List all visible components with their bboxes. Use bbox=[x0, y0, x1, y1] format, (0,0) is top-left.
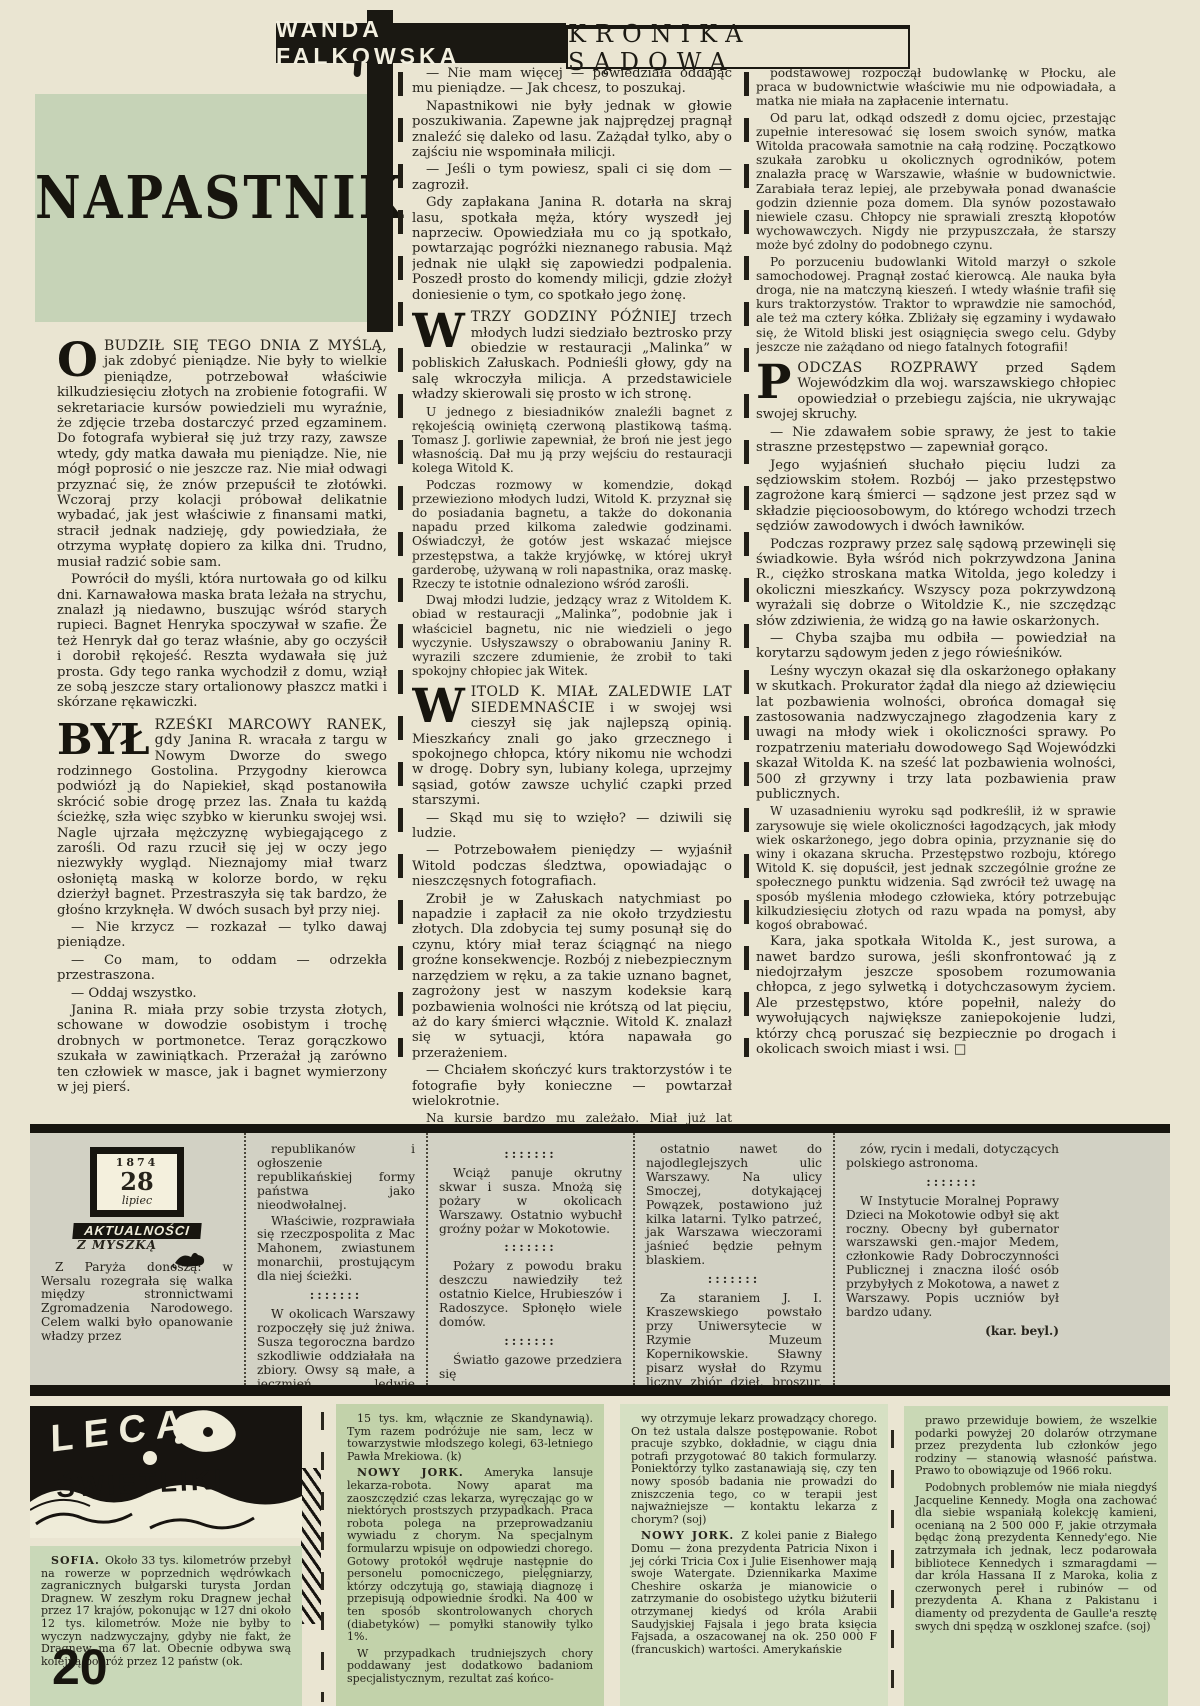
paragraph: U jednego z biesiadników znaleźli bagnet… bbox=[412, 405, 732, 476]
calendar-day: 28 bbox=[101, 1170, 173, 1194]
paragraph: OBUDZIŁ SIĘ TEGO DNIA Z MYŚLĄ, jak zdoby… bbox=[57, 339, 387, 570]
drop-cap: W bbox=[412, 685, 471, 726]
paragraph: Gdy zapłakana Janina R. dotarła na skraj… bbox=[412, 195, 732, 303]
retro-column-2: republikanów i ogłoszenie republikańskie… bbox=[244, 1133, 426, 1385]
logo-hatch-decoration bbox=[301, 1468, 321, 1624]
mouse-icon bbox=[171, 1247, 207, 1269]
paragraph: Kara, jaka spotkała Witolda K., jest sur… bbox=[756, 934, 1116, 1057]
drop-cap: O bbox=[57, 339, 104, 380]
paragraph: Po porzuceniu budowlanki Witold marzył o… bbox=[756, 255, 1116, 354]
page-number: 20 bbox=[52, 1642, 108, 1692]
paragraph: — Co mam, to oddam — odrzekła przestrasz… bbox=[57, 953, 387, 984]
article-column-2: — Nie mam więcej — powiedziała oddając m… bbox=[412, 66, 732, 1124]
dots-separator: ::::::: bbox=[846, 1176, 1059, 1190]
paragraph: Światło gazowe przedziera się bbox=[439, 1354, 622, 1382]
paragraph: — Chyba szajba mu odbiła — powiedział na… bbox=[756, 631, 1116, 662]
aktualnosci-logo: AKTUALNOŚCI Z MYSZKĄ bbox=[73, 1223, 201, 1253]
paragraph: Napastnikowi nie były jednak w głowie po… bbox=[412, 99, 732, 161]
lead-caps: ODCZAS ROZPRAWY bbox=[797, 360, 1005, 376]
paragraph: PODCZAS ROZPRAWY przed Sądem Wojewódzkim… bbox=[756, 361, 1116, 423]
column-rule bbox=[744, 72, 749, 1057]
paragraph: — Potrzebowałem pieniędzy — wyjaśnił Wit… bbox=[412, 843, 732, 889]
dots-separator: ::::::: bbox=[646, 1273, 822, 1287]
dateline: NOWY JORK. bbox=[641, 1529, 741, 1542]
paragraph: — Jeśli o tym powiesz, spali ci się dom … bbox=[412, 162, 732, 193]
paragraph: Pożary z powodu braku deszczu nawiedziły… bbox=[439, 1260, 622, 1330]
lead-caps: TRZY GODZINY PÓŹNIEJ bbox=[471, 309, 690, 325]
paragraph: BYŁRZEŚKI MARCOWY RANEK, gdy Janina R. w… bbox=[57, 718, 387, 918]
retro-column-text: Z Paryża donoszą: w Wersalu rozegrała si… bbox=[41, 1261, 233, 1344]
paragraph: Na kursie bardzo mu zależało. Miał już l… bbox=[412, 1111, 732, 1124]
paragraph: W uzasadnieniu wyroku sąd podkreślił, iż… bbox=[756, 804, 1116, 932]
paragraph: Od paru lat, odkąd odszedł z domu ojciec… bbox=[756, 111, 1116, 253]
calendar-graphic: 1874 28 lipiec bbox=[90, 1147, 184, 1217]
paragraph: prawo przewiduje bowiem, że wszelkie pod… bbox=[915, 1415, 1157, 1478]
paragraph: Z Paryża donoszą: w Wersalu rozegrała si… bbox=[41, 1261, 233, 1344]
author-name: WANDA FALKOWSKA bbox=[276, 16, 566, 70]
column-rule bbox=[398, 72, 403, 1057]
article-column-1: OBUDZIŁ SIĘ TEGO DNIA Z MYŚLĄ, jak zdoby… bbox=[57, 332, 387, 1124]
lead-caps: ITOLD K. MIAŁ ZALEDWIE LAT SIEDEMNAŚCIE bbox=[471, 684, 732, 715]
article-headline: NAPASTNIK bbox=[35, 94, 367, 232]
paragraph: NOWY JORK. Z kolei panie z Białego Domu … bbox=[631, 1530, 877, 1656]
newspaper-page: WANDA FALKOWSKA KRONIKA SĄDOWA NAPASTNIK… bbox=[0, 0, 1200, 1706]
lead-caps: BUDZIŁ SIĘ TEGO DNIA Z MYŚLĄ, bbox=[104, 338, 387, 354]
lead-caps: RZEŚKI MARCOWY RANEK, gdy bbox=[155, 717, 387, 748]
article-column-3: podstawowej rozpoczął budowlankę w Płock… bbox=[756, 66, 1116, 1124]
paragraph: WITOLD K. MIAŁ ZALEDWIE LAT SIEDEMNAŚCIE… bbox=[412, 685, 732, 808]
bottom-column-rule bbox=[891, 1430, 894, 1692]
paragraph: Powrócił do myśli, która nurtowała go od… bbox=[57, 572, 387, 711]
dots-separator: ::::::: bbox=[439, 1335, 622, 1349]
retro-column-5: zów, rycin i medali, dotyczących polskie… bbox=[833, 1133, 1070, 1385]
paragraph: ostatnio nawet do najodleglejszych ulic … bbox=[646, 1143, 822, 1268]
paragraph: — Nie zdawałem sobie sprawy, że jest to … bbox=[756, 425, 1116, 456]
drop-cap: BYŁ bbox=[57, 718, 155, 759]
leca-swietliki-logo: LECĄ ŚWIETLIKI bbox=[30, 1406, 302, 1538]
dots-separator: ::::::: bbox=[439, 1148, 622, 1162]
bottom-column-rule bbox=[321, 1412, 324, 1702]
drop-cap: P bbox=[756, 361, 797, 402]
paragraph: — Nie krzycz — rozkazał — tylko dawaj pi… bbox=[57, 920, 387, 951]
dots-separator: ::::::: bbox=[257, 1289, 415, 1303]
author-banner: WANDA FALKOWSKA bbox=[276, 23, 566, 63]
fireflies-column-3: wy otrzymuje lekarz prowadzący chorego. … bbox=[620, 1404, 888, 1706]
paragraph: zów, rycin i medali, dotyczących polskie… bbox=[846, 1143, 1059, 1171]
section-title-box: KRONIKA SĄDOWA bbox=[566, 25, 910, 69]
paragraph: Podczas rozmowy w komendzie, dokąd przew… bbox=[412, 478, 732, 592]
paragraph: 15 tys. km, włącznie ze Skandynawią). Ty… bbox=[347, 1413, 593, 1463]
paragraph: Za staraniem J. I. Kraszewskiego powstał… bbox=[646, 1292, 822, 1385]
paragraph: W okolicach Warszawy rozpoczęły się już … bbox=[257, 1308, 415, 1385]
paragraph: Zrobił je w Załuskach natychmiast po nap… bbox=[412, 892, 732, 1061]
retro-column-3: :::::::Wciąż panuje okrutny skwar i susz… bbox=[426, 1133, 633, 1385]
paragraph: Jego wyjaśnień słuchało pięciu ludzi za … bbox=[756, 458, 1116, 535]
paragraph: Właściwie, rozprawiała się rzeczpospolit… bbox=[257, 1215, 415, 1285]
paragraph: Wciąż panuje okrutny skwar i susza. Mnoż… bbox=[439, 1167, 622, 1237]
paragraph: republikanów i ogłoszenie republikańskie… bbox=[257, 1143, 415, 1213]
dateline: NOWY JORK. bbox=[357, 1466, 484, 1479]
fireflies-column-2: 15 tys. km, włącznie ze Skandynawią). Ty… bbox=[336, 1404, 604, 1706]
section-title: KRONIKA SĄDOWA bbox=[568, 20, 908, 76]
paragraph: — Skąd mu się to wzięło? — dziwili się l… bbox=[412, 811, 732, 842]
paragraph: WTRZY GODZINY PÓŹNIEJ trzech młodych lud… bbox=[412, 310, 732, 402]
calendar-month: lipiec bbox=[101, 1194, 173, 1208]
paragraph: NOWY JORK. Ameryka lansuje lekarza-robot… bbox=[347, 1467, 593, 1643]
dots-separator: ::::::: bbox=[439, 1241, 622, 1255]
paragraph: W przypadkach trudniejszych chory poddaw… bbox=[347, 1648, 593, 1686]
drop-cap: W bbox=[412, 310, 471, 351]
byline: (kar. beyl.) bbox=[846, 1325, 1059, 1339]
paragraph: W Instytucie Moralnej Poprawy Dzieci na … bbox=[846, 1195, 1059, 1320]
paragraph: — Oddaj wszystko. bbox=[57, 986, 387, 1001]
headline-box: NAPASTNIK bbox=[35, 94, 367, 322]
fireflies-column-4: prawo przewiduje bowiem, że wszelkie pod… bbox=[904, 1406, 1168, 1706]
paragraph: Podobnych problemów nie miała niegdyś Ja… bbox=[915, 1482, 1157, 1633]
paragraph: — Chciałem skończyć kurs traktorzystów i… bbox=[412, 1063, 732, 1109]
retro-news-band: 1874 28 lipiec AKTUALNOŚCI Z MYSZKĄ Z Pa… bbox=[30, 1124, 1170, 1396]
retro-column-4: ostatnio nawet do najodleglejszych ulic … bbox=[633, 1133, 833, 1385]
paragraph: Janina R. miała przy sobie trzysta złoty… bbox=[57, 1003, 387, 1095]
aktualnosci-logo-text: AKTUALNOŚCI bbox=[72, 1223, 201, 1239]
dateline: SOFIA. bbox=[51, 1554, 105, 1567]
retro-calendar-column: 1874 28 lipiec AKTUALNOŚCI Z MYSZKĄ Z Pa… bbox=[30, 1133, 244, 1385]
paragraph: wy otrzymuje lekarz prowadzący chorego. … bbox=[631, 1413, 877, 1526]
paragraph: Leśny wyczyn okazał się dla oskarżonego … bbox=[756, 664, 1116, 803]
paragraph: Podczas rozprawy przez salę sądową przew… bbox=[756, 537, 1116, 629]
paragraph: Dwaj młodzi ludzie, jedzący wraz z Witol… bbox=[412, 593, 732, 678]
